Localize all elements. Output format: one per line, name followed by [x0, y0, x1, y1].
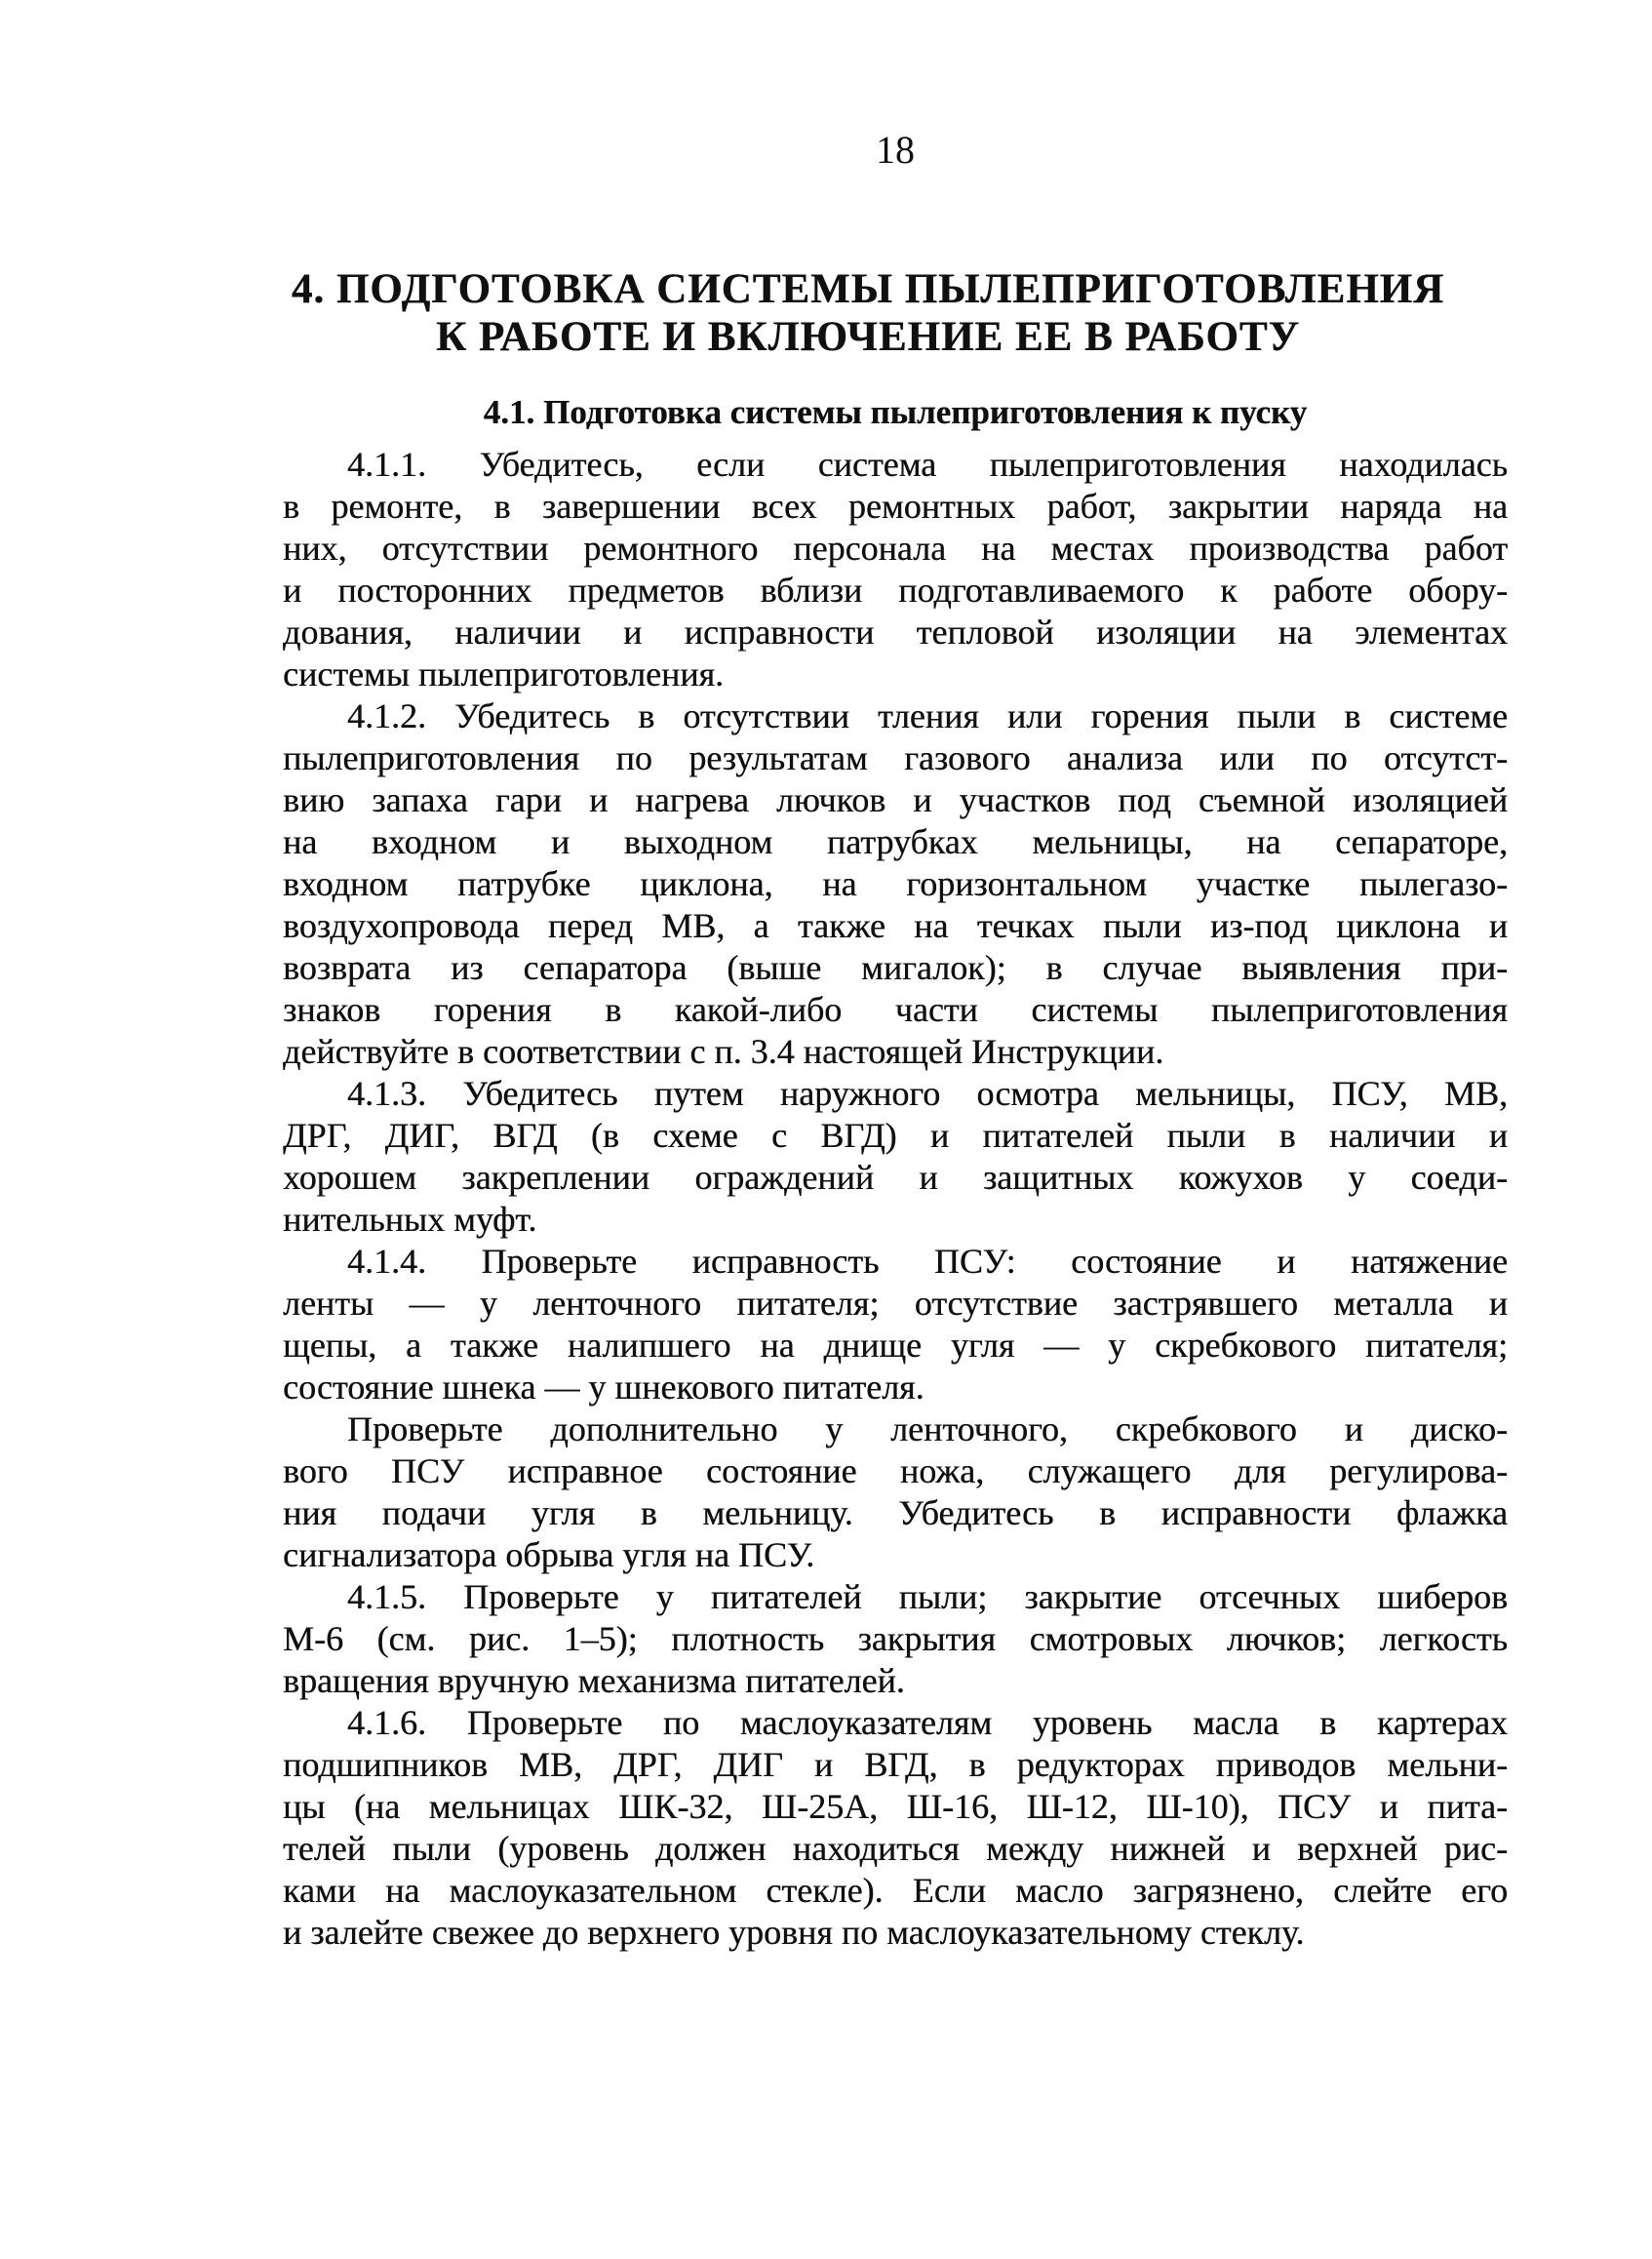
- text-line: и посторонних предметов вблизи подготавл…: [283, 570, 1508, 612]
- paragraph: 4.1.4. Проверьте исправность ПСУ: состоя…: [283, 1241, 1508, 1408]
- paragraph: 4.1.1. Убедитесь, если система пылеприго…: [283, 444, 1508, 695]
- text-line: системы пылеприготовления.: [283, 654, 1508, 695]
- section-heading-line-2: К РАБОТЕ И ВКЛЮЧЕНИЕ ЕЕ В РАБОТУ: [436, 314, 1300, 360]
- text-line: ками на маслоуказательном стекле). Если …: [283, 1870, 1508, 1912]
- text-line: сигнализатора обрыва угля на ПСУ.: [283, 1534, 1508, 1576]
- document-page: 18 4. ПОДГОТОВКА СИСТЕМЫ ПЫЛЕПРИГОТОВЛЕН…: [0, 0, 1652, 2259]
- subsection-heading: 4.1. Подготовка системы пылеприготовлени…: [283, 392, 1508, 433]
- text-line: 4.1.6. Проверьте по маслоуказателям уров…: [283, 1702, 1508, 1744]
- text-line: них, отсутствии ремонтного персонала на …: [283, 528, 1508, 570]
- text-line: 4.1.2. Убедитесь в отсутствии тления или…: [283, 695, 1508, 737]
- text-line: хорошем закреплении ограждений и защитны…: [283, 1157, 1508, 1199]
- text-line: щепы, а также налипшего на днище угля — …: [283, 1325, 1508, 1367]
- text-line: действуйте в соответствии с п. 3.4 насто…: [283, 1031, 1508, 1073]
- paragraph: 4.1.5. Проверьте у питателей пыли; закры…: [283, 1576, 1508, 1702]
- text-line: вого ПСУ исправное состояние ножа, служа…: [283, 1450, 1508, 1492]
- text-line: 4.1.5. Проверьте у питателей пыли; закры…: [283, 1576, 1508, 1618]
- text-line: дования, наличии и исправности тепловой …: [283, 612, 1508, 654]
- section-heading: 4. ПОДГОТОВКА СИСТЕМЫ ПЫЛЕПРИГОТОВЛЕНИЯК…: [256, 265, 1480, 361]
- paragraph: 4.1.2. Убедитесь в отсутствии тления или…: [283, 695, 1508, 1073]
- text-line: 4.1.4. Проверьте исправность ПСУ: состоя…: [283, 1241, 1508, 1283]
- text-line: вращения вручную механизма питателей.: [283, 1660, 1508, 1702]
- text-line: в ремонте, в завершении всех ремонтных р…: [283, 486, 1508, 528]
- paragraph: 4.1.3. Убедитесь путем наружного осмотра…: [283, 1073, 1508, 1241]
- text-line: входном патрубке циклона, на горизонталь…: [283, 863, 1508, 905]
- page-number: 18: [283, 129, 1508, 172]
- text-line: на входном и выходном патрубках мельницы…: [283, 821, 1508, 863]
- text-line: телей пыли (уровень должен находиться ме…: [283, 1828, 1508, 1870]
- text-line: 4.1.1. Убедитесь, если система пылеприго…: [283, 444, 1508, 486]
- paragraph: 4.1.6. Проверьте по маслоуказателям уров…: [283, 1702, 1508, 1954]
- text-line: пылеприготовления по результатам газовог…: [283, 737, 1508, 779]
- text-line: М-6 (см. рис. 1–5); плотность закрытия с…: [283, 1618, 1508, 1660]
- text-line: подшипников МВ, ДРГ, ДИГ и ВГД, в редукт…: [283, 1744, 1508, 1786]
- text-line: возврата из сепаратора (выше мигалок); в…: [283, 947, 1508, 989]
- text-line: знаков горения в какой-либо части систем…: [283, 989, 1508, 1031]
- text-line: 4.1.3. Убедитесь путем наружного осмотра…: [283, 1073, 1508, 1115]
- text-line: ДРГ, ДИГ, ВГД (в схеме с ВГД) и питателе…: [283, 1115, 1508, 1157]
- text-line: состояние шнека — у шнекового питателя.: [283, 1367, 1508, 1408]
- text-line: Проверьте дополнительно у ленточного, ск…: [283, 1408, 1508, 1450]
- text-line: и залейте свежее до верхнего уровня по м…: [283, 1912, 1508, 1954]
- text-line: ленты — у ленточного питателя; отсутстви…: [283, 1283, 1508, 1325]
- text-line: вию запаха гари и нагрева лючков и участ…: [283, 779, 1508, 821]
- document-body: 4.1.1. Убедитесь, если система пылеприго…: [283, 444, 1508, 1954]
- paragraph: Проверьте дополнительно у ленточного, ск…: [283, 1408, 1508, 1576]
- text-line: нительных муфт.: [283, 1199, 1508, 1241]
- text-line: воздухопровода перед МВ, а также на течк…: [283, 905, 1508, 947]
- text-line: ния подачи угля в мельницу. Убедитесь в …: [283, 1492, 1508, 1534]
- text-line: цы (на мельницах ШК-32, Ш-25А, Ш-16, Ш-1…: [283, 1786, 1508, 1828]
- section-heading-line-1: 4. ПОДГОТОВКА СИСТЕМЫ ПЫЛЕПРИГОТОВЛЕНИЯ: [292, 266, 1444, 312]
